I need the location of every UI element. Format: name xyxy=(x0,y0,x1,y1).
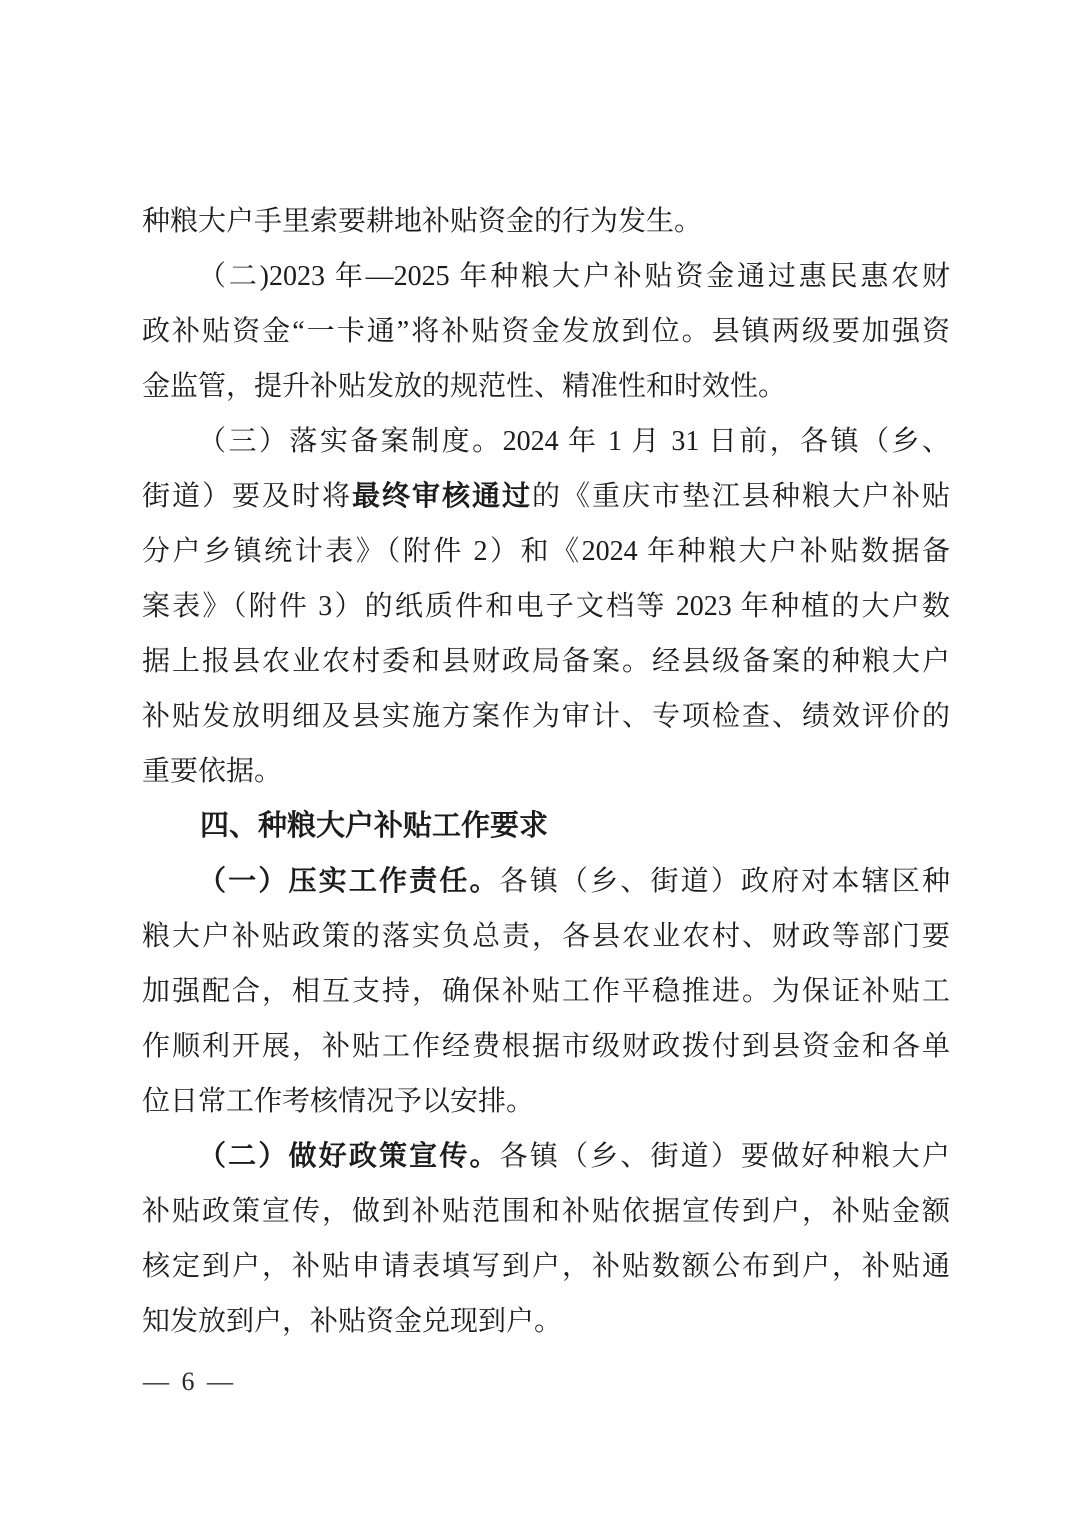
body-line: 核定到户，补贴申请表填写到户，补贴数额公布到户，补贴通 xyxy=(142,1239,950,1294)
body-line: 金监管，提升补贴发放的规范性、精准性和时效性。 xyxy=(142,359,950,414)
body-line: 街道）要及时将最终审核通过的《重庆市垫江县种粮大户补贴 xyxy=(142,469,950,524)
body-line: （二)2023 年—2025 年种粮大户补贴资金通过惠民惠农财 xyxy=(142,249,950,304)
body-line: 分户乡镇统计表》（附件 2）和《2024 年种粮大户补贴数据备 xyxy=(142,524,950,579)
body-line: 加强配合，相互支持，确保补贴工作平稳推进。为保证补贴工 xyxy=(142,964,950,1019)
body-line: （二）做好政策宣传。各镇（乡、街道）要做好种粮大户 xyxy=(142,1129,950,1184)
section-heading: 四、种粮大户补贴工作要求 xyxy=(142,799,950,854)
body-line: 粮大户补贴政策的落实负总责，各县农业农村、财政等部门要 xyxy=(142,909,950,964)
emphasized-text: 最终审核通过 xyxy=(352,481,532,512)
body-line: 补贴发放明细及县实施方案作为审计、专项检查、绩效评价的 xyxy=(142,689,950,744)
subsection-title: （一）压实工作责任。 xyxy=(198,866,500,897)
subsection-title: （二）做好政策宣传。 xyxy=(198,1141,500,1172)
body-line: （三）落实备案制度。2024 年 1 月 31 日前，各镇（乡、 xyxy=(142,414,950,469)
body-line: 种粮大户手里索要耕地补贴资金的行为发生。 xyxy=(142,194,950,249)
body-text: 各镇（乡、街道）要做好种粮大户 xyxy=(500,1141,950,1172)
body-line: 作顺利开展，补贴工作经费根据市级财政拨付到县资金和各单 xyxy=(142,1019,950,1074)
body-line: 位日常工作考核情况予以安排。 xyxy=(142,1074,950,1129)
body-line: 重要依据。 xyxy=(142,744,950,799)
body-line: 案表》（附件 3）的纸质件和电子文档等 2023 年种植的大户数 xyxy=(142,579,950,634)
document-page: 种粮大户手里索要耕地补贴资金的行为发生。 （二)2023 年—2025 年种粮大… xyxy=(0,0,1074,1520)
body-text: 的《重庆市垫江县种粮大户补贴 xyxy=(532,481,950,512)
body-line: 补贴政策宣传，做到补贴范围和补贴依据宣传到户，补贴金额 xyxy=(142,1184,950,1239)
body-line: （一）压实工作责任。各镇（乡、街道）政府对本辖区种 xyxy=(142,854,950,909)
body-line: 知发放到户，补贴资金兑现到户。 xyxy=(142,1294,950,1349)
body-text: 街道）要及时将 xyxy=(142,481,352,512)
body-text: 各镇（乡、街道）政府对本辖区种 xyxy=(500,866,950,897)
body-line: 政补贴资金“一卡通”将补贴资金发放到位。县镇两级要加强资 xyxy=(142,304,950,359)
page-number: — 6 — xyxy=(143,1362,236,1402)
text-block: 种粮大户手里索要耕地补贴资金的行为发生。 （二)2023 年—2025 年种粮大… xyxy=(142,194,950,1349)
body-line: 据上报县农业农村委和县财政局备案。经县级备案的种粮大户 xyxy=(142,634,950,689)
